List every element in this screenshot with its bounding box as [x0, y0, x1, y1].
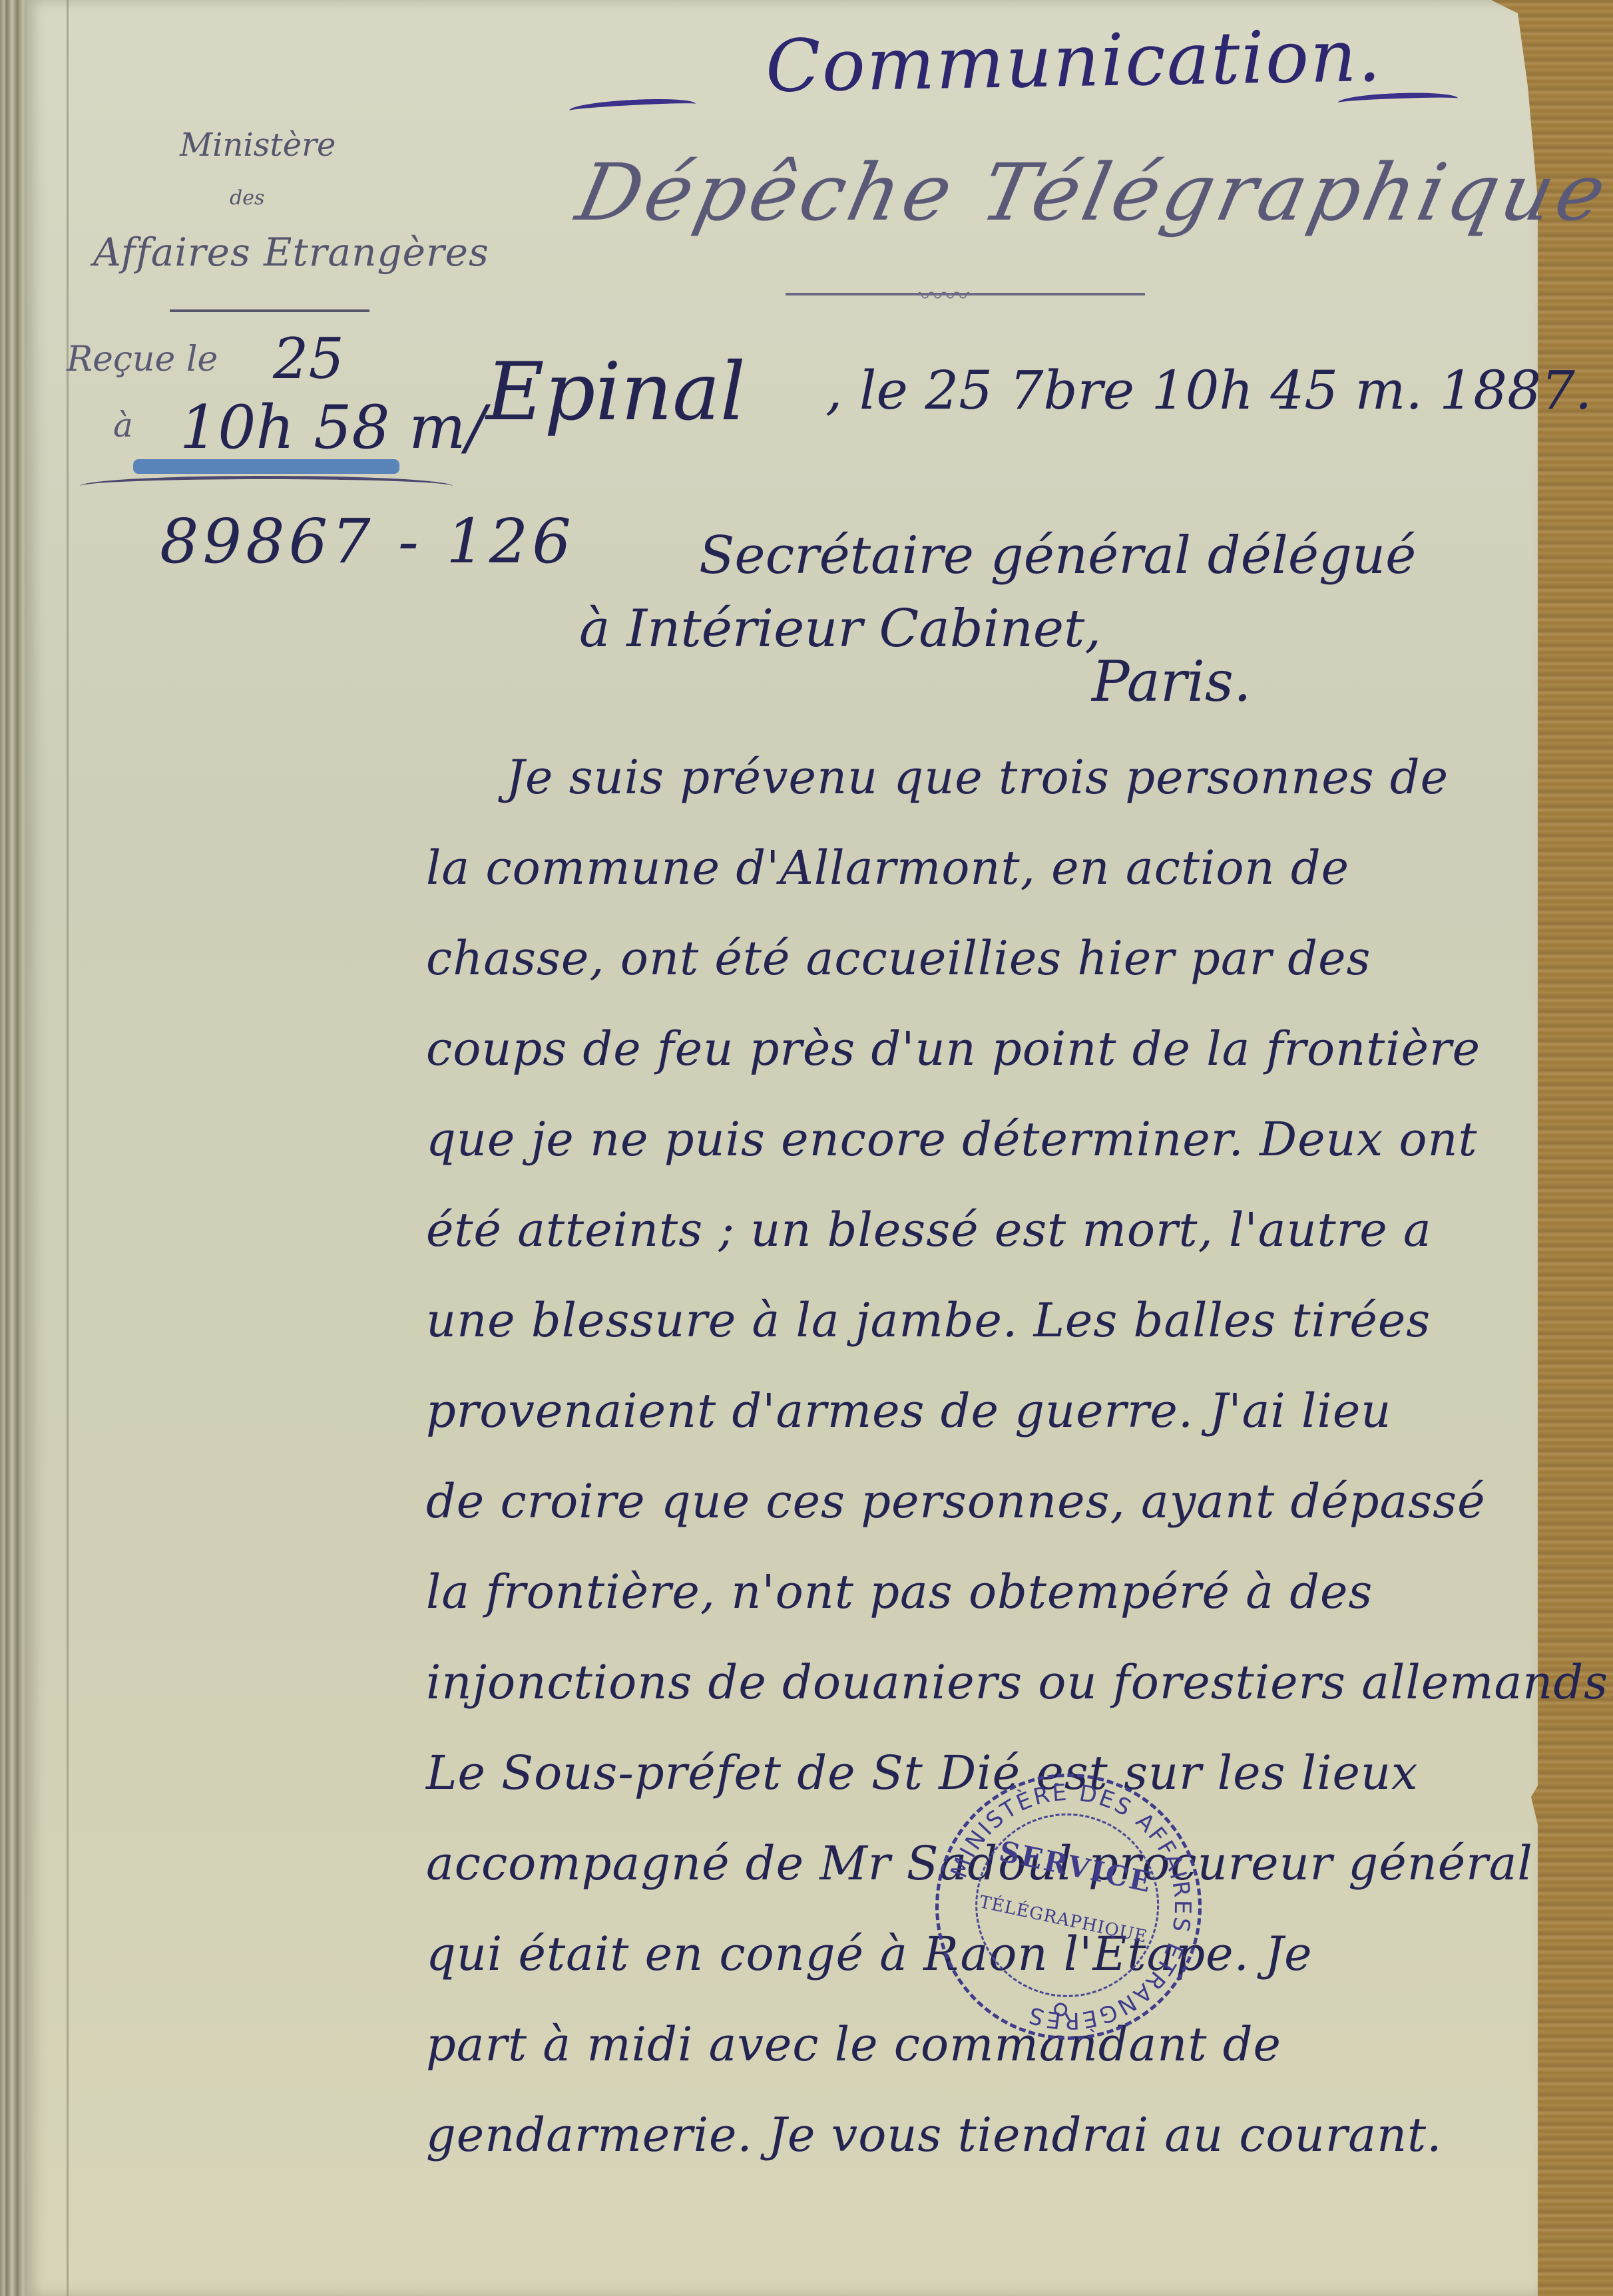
origin-place: Epinal [486, 346, 746, 439]
title-flourish-divider [786, 293, 1145, 295]
addressee-line-3: Paris. [1092, 649, 1252, 714]
body-line: gendarmerie. Je vous tiendrai au courant… [426, 2090, 1465, 2180]
ministry-line-2: des [230, 186, 264, 210]
telegram-title: Dépêche Télégraphique [569, 146, 1613, 238]
body-line: chasse, ont été accueillies hier par des [426, 913, 1465, 1004]
received-label: Reçue le [67, 339, 218, 379]
body-line: injonctions de douaniers ou forestiers a… [426, 1637, 1465, 1728]
body-line: provenaient d'armes de guerre. J'ai lieu [426, 1366, 1465, 1456]
ministry-line-3: Affaires Etrangères [93, 230, 489, 275]
communication-heading: Communication. [765, 15, 1383, 108]
brace-divider [80, 476, 453, 496]
date-time: , le 25 7bre 10h 45 m. 1887. [825, 359, 1592, 421]
blue-pencil-underline [133, 459, 399, 474]
body-line: Je suis prévenu que trois personnes de [426, 732, 1465, 823]
addressee-line-1: Secrétaire général délégué [699, 526, 1416, 586]
body-line: coups de feu près d'un point de la front… [426, 1004, 1465, 1094]
received-day: 25 [273, 326, 344, 391]
body-line: que je ne puis encore déterminer. Deux o… [426, 1094, 1465, 1185]
received-time: 10h 58 m/ [180, 393, 486, 463]
ministry-divider [170, 309, 369, 312]
body-line: la frontière, n'ont pas obtempéré à des [426, 1547, 1465, 1637]
serial-number: 89867 - 126 [160, 506, 575, 577]
body-line: de croire que ces personnes, ayant dépas… [426, 1456, 1465, 1547]
ministry-line-1: Ministère [180, 126, 336, 164]
body-line: une blessure à la jambe. Les balles tiré… [426, 1275, 1465, 1366]
ministry-stamp: MINISTÈRE DES AFFAIRES ÉTRANGÈRES SERVIC… [927, 1765, 1211, 2049]
body-line: été atteints ; un blessé est mort, l'aut… [426, 1185, 1465, 1275]
addressee-line-2: à Intérieur Cabinet, [579, 599, 1101, 659]
received-at-label: à [113, 406, 133, 445]
body-line: la commune d'Allarmont, en action de [426, 823, 1465, 913]
